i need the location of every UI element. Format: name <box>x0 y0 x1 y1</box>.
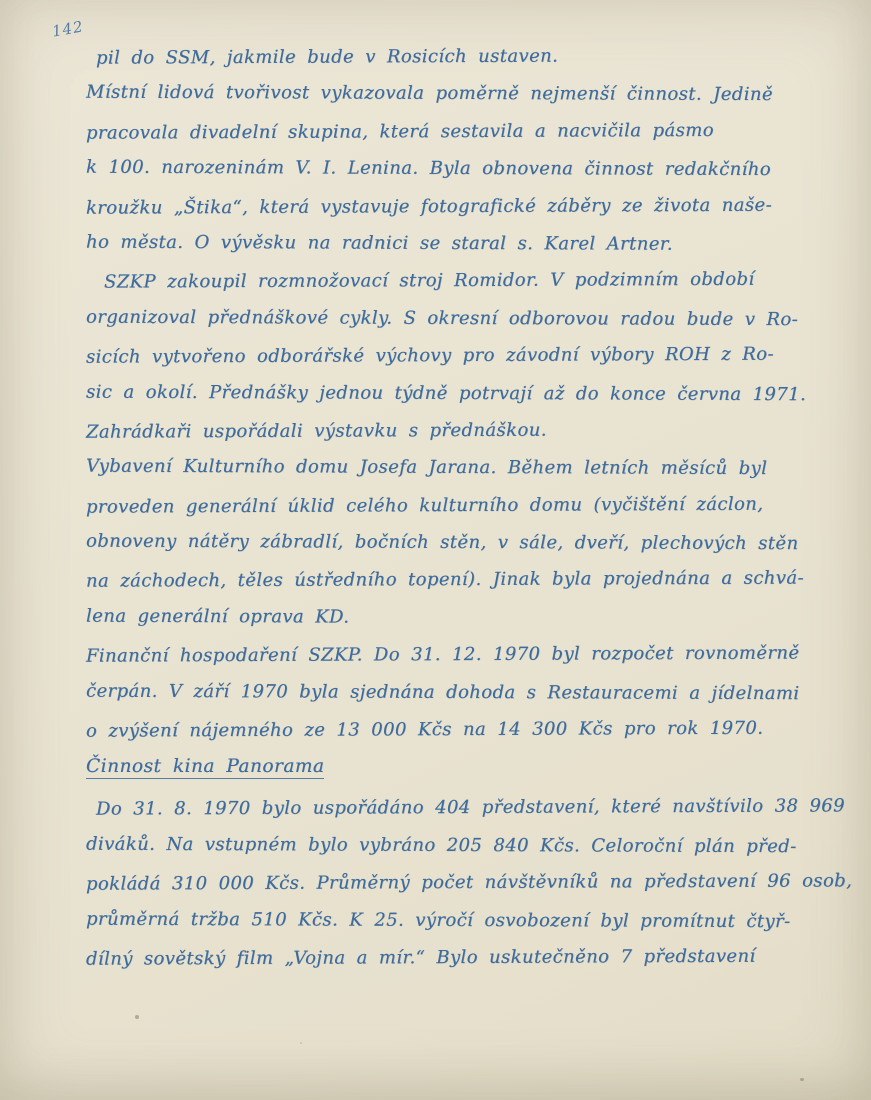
handwritten-line: průměrná tržba 510 Kčs. K 25. výročí osv… <box>86 908 851 948</box>
handwritten-line: čerpán. V září 1970 byla sjednána dohoda… <box>86 680 851 720</box>
paper-speck <box>300 1042 302 1044</box>
handwritten-line: diváků. Na vstupném bylo vybráno 205 840… <box>86 833 851 873</box>
handwritten-line: Zahrádkaři uspořádali výstavku s přednáš… <box>86 418 851 459</box>
handwritten-line: sic a okolí. Přednášky jednou týdně potr… <box>86 381 851 421</box>
handwritten-text-block: pil do SSM, jakmile bude v Rosicích usta… <box>86 46 851 984</box>
handwritten-line: na záchodech, těles ústředního topení). … <box>86 568 851 609</box>
handwritten-line: SZKP zakoupil rozmnožovací stroj Romidor… <box>86 269 851 310</box>
page-number: 142 <box>51 17 85 40</box>
handwritten-line: sicích vytvořeno odborářské výchovy pro … <box>86 343 851 384</box>
handwritten-line: proveden generální úklid celého kulturní… <box>86 493 851 534</box>
handwritten-line: obnoveny nátěry zábradlí, bočních stěn, … <box>86 531 851 571</box>
handwritten-line: pokládá 310 000 Kčs. Průměrný počet návš… <box>86 871 851 912</box>
handwritten-line: o zvýšení nájemného ze 13 000 Kčs na 14 … <box>86 717 851 758</box>
handwritten-line: lena generální oprava KD. <box>86 606 851 646</box>
handwritten-line: dílný sovětský film „Vojna a mír.“ Bylo … <box>86 945 851 986</box>
handwritten-line: Do 31. 8. 1970 bylo uspořádáno 404 předs… <box>86 796 851 837</box>
handwritten-line: Finanční hospodaření SZKP. Do 31. 12. 19… <box>86 643 851 684</box>
section-heading: Činnost kina Panorama <box>86 756 324 779</box>
handwritten-line: Vybavení Kulturního domu Josefa Jarana. … <box>86 456 851 496</box>
handwritten-line: organizoval přednáškové cykly. S okresní… <box>86 306 851 346</box>
handwritten-line: Místní lidová tvořivost vykazovala poměr… <box>86 82 851 122</box>
handwritten-line: pracovala divadelní skupina, která sesta… <box>86 119 851 160</box>
manuscript-page: 142 pil do SSM, jakmile bude v Rosicích … <box>0 0 871 1100</box>
handwritten-line: ho města. O vývěsku na radnici se staral… <box>86 232 851 272</box>
paper-speck <box>135 1015 139 1019</box>
handwritten-line: pil do SSM, jakmile bude v Rosicích usta… <box>86 44 851 85</box>
handwritten-line: kroužku „Štika“, která vystavuje fotogra… <box>86 194 851 235</box>
section-heading-row: Činnost kina Panorama <box>86 756 851 797</box>
handwritten-line: k 100. narozeninám V. I. Lenina. Byla ob… <box>86 157 851 197</box>
paper-speck <box>800 1078 804 1081</box>
